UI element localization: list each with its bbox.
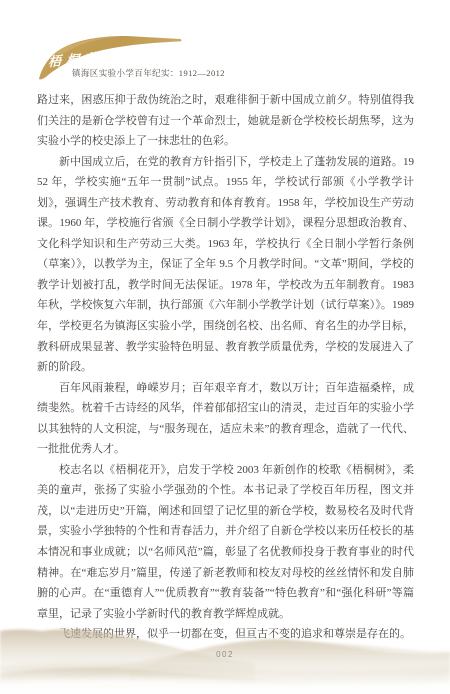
body-text: 路过来，困惑压抑于敌伪统治之时，艰难徘徊于新中国成立前夕。特别值得我们关注的是新… [37, 90, 414, 645]
paragraph: 百年风雨兼程，峥嵘岁月；百年艰辛育才，数以万计；百年造福桑梓，成绩斐然。枕着千古… [37, 378, 414, 460]
book-subtitle: 镇海区实验小学百年纪实：1912—2012 [72, 67, 225, 79]
paragraph: 校志名以《梧桐花开》，启发于学校 2003 年新创作的校歌《梧桐树》，柔美的童声… [37, 460, 414, 624]
page-number: 002 [0, 650, 450, 659]
paragraph: 飞速发展的世界，似乎一切都在变，但亘古不变的追求和尊崇是存在的。 [37, 624, 414, 645]
paragraph: 新中国成立后，在党的教育方针指引下，学校走上了蓬勃发展的道路。1952 年，学校… [37, 152, 414, 378]
paragraph: 路过来，困惑压抑于敌伪统治之时，艰难徘徊于新中国成立前夕。特别值得我们关注的是新… [37, 90, 414, 152]
book-page: 梧桐花开 镇海区实验小学百年纪实：1912—2012 路过来，困惑压抑于敌伪统治… [0, 0, 450, 694]
